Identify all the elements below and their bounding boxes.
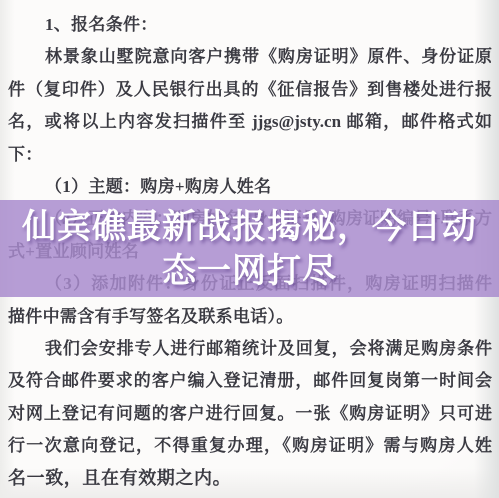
- document-line: 名一致，且在有效期之内。: [8, 462, 492, 494]
- document-line: 件（复印件）及人民银行出具的《征信报告》到售楼处进行报: [8, 74, 492, 106]
- document-line: 行一次意向登记，不得重复办理，《购房证明》需与购房人姓: [8, 430, 492, 462]
- document-line: 林景象山墅院意向客户携带《购房证明》原件、身份证原: [8, 41, 492, 73]
- document-line: （1）主题：购房+购房人姓名: [8, 171, 492, 203]
- document-line: 名，或将以上内容发扫描件至 jjgs@jsty.cn 邮箱，邮件格式如: [8, 106, 492, 138]
- document-line: 描件中需含有手写签名及联系电话）。: [8, 301, 492, 333]
- document-line: 下：: [8, 139, 492, 171]
- caption-line-2: 态一网打尽: [162, 249, 337, 293]
- caption-overlay-band: 仙宾礁最新战报揭秘，今日动 态一网打尽: [0, 200, 499, 297]
- article-image: 1、报名条件：林景象山墅院意向客户携带《购房证明》原件、身份证原件（复印件）及人…: [0, 0, 499, 498]
- caption-line-1: 仙宾礁最新战报揭秘，今日动: [22, 205, 477, 249]
- document-line: 对网上登记有问题的客户进行回复。一张《购房证明》只可进: [8, 398, 492, 430]
- document-line: 及符合邮件要求的客户编入登记清册，邮件回复岗第一时间会: [8, 365, 492, 397]
- document-line: 我们会安排专人进行邮箱统计及回复，会将满足购房条件: [8, 333, 492, 365]
- document-line: 1、报名条件：: [8, 9, 492, 41]
